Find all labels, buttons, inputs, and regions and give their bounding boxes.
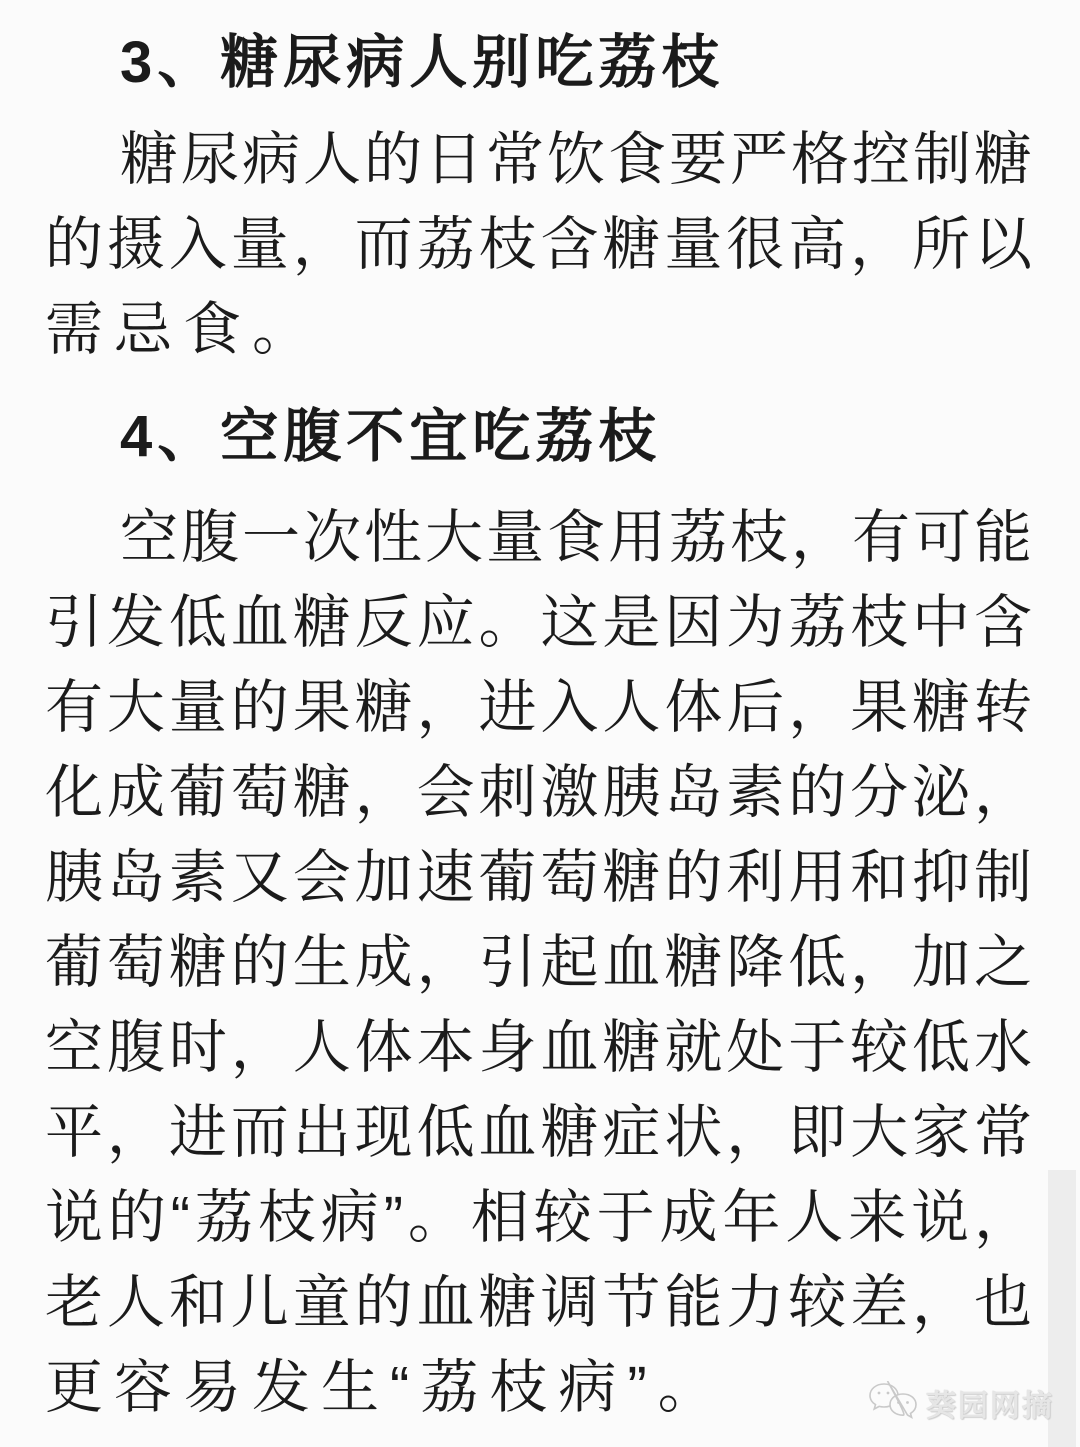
paragraph-line: 空腹时，人体本身血糖就处于较低水	[45, 1005, 1035, 1090]
paragraph-line: 胰岛素又会加速葡萄糖的利用和抑制	[45, 835, 1035, 920]
section-3: 3、糖尿病人别吃荔枝 糖尿病人的日常饮食要严格控制糖 的摄入量，而荔枝含糖量很高…	[45, 20, 1035, 372]
paragraph-line: 葡萄糖的生成，引起血糖降低，加之	[45, 920, 1035, 1005]
wechat-bubbles-icon	[868, 1381, 920, 1425]
article-page: 3、糖尿病人别吃荔枝 糖尿病人的日常饮食要严格控制糖 的摄入量，而荔枝含糖量很高…	[0, 0, 1080, 1447]
paragraph-line: 需忌食。	[45, 287, 1035, 372]
paragraph-line: 有大量的果糖，进入人体后，果糖转	[45, 665, 1035, 750]
section-4: 4、空腹不宜吃荔枝 空腹一次性大量食用荔枝，有可能 引发低血糖反应。这是因为荔枝…	[45, 394, 1035, 1430]
paragraph-line: 老人和儿童的血糖调节能力较差，也	[45, 1260, 1035, 1345]
section-heading: 3、糖尿病人别吃荔枝	[45, 20, 1035, 105]
watermark-label: 葵园网摘	[926, 1381, 1054, 1425]
section-heading: 4、空腹不宜吃荔枝	[45, 394, 1035, 479]
paragraph-line: 化成葡萄糖，会刺激胰岛素的分泌，	[45, 750, 1035, 835]
paragraph-line: 空腹一次性大量食用荔枝，有可能	[45, 495, 1035, 580]
paragraph-line: 平，进而出现低血糖症状，即大家常	[45, 1090, 1035, 1175]
paragraph-line: 的摄入量，而荔枝含糖量很高，所以	[45, 202, 1035, 287]
paragraph-line: 说的“荔枝病”。相较于成年人来说，	[45, 1175, 1035, 1260]
paragraph-line: 引发低血糖反应。这是因为荔枝中含	[45, 580, 1035, 665]
watermark: 葵园网摘	[868, 1375, 1054, 1431]
paragraph-line: 糖尿病人的日常饮食要严格控制糖	[45, 117, 1035, 202]
